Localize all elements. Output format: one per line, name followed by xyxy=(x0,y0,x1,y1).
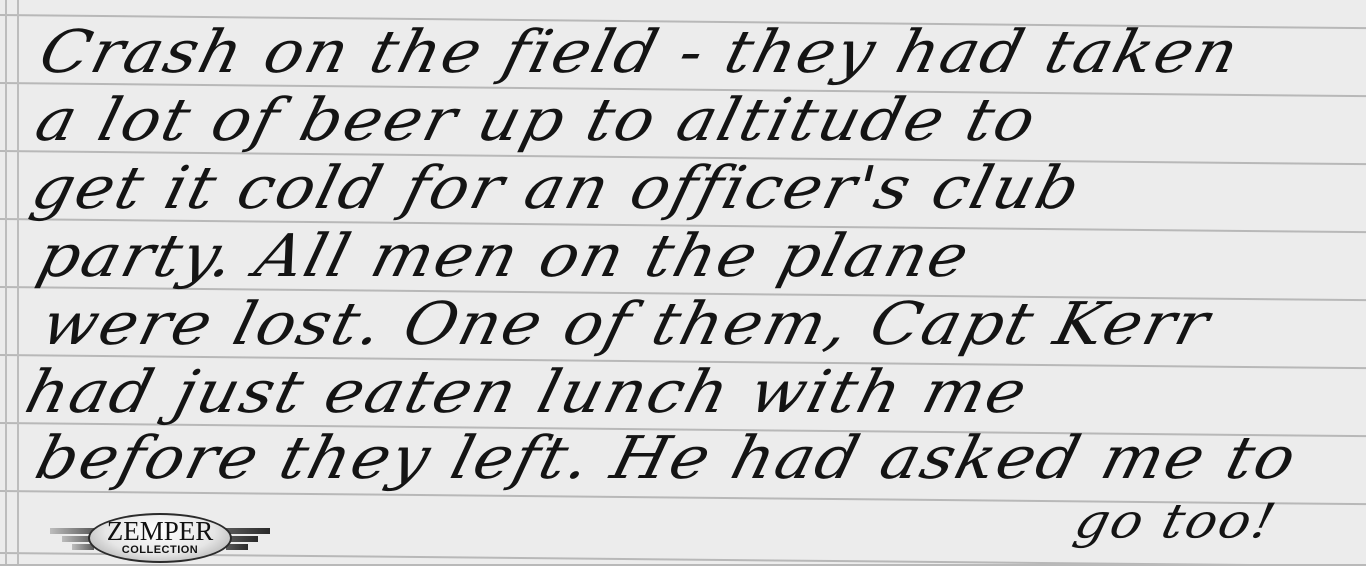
handwritten-line-6: had just eaten lunch with me xyxy=(20,363,1034,422)
logo-wing-left xyxy=(50,528,94,534)
handwritten-line-1: Crash on the field - they had taken xyxy=(34,23,1246,82)
margin-line xyxy=(5,0,7,564)
handwritten-line-7: before they left. He had asked me to xyxy=(30,429,1303,488)
logo-oval: ZEMPER COLLECTION xyxy=(88,513,232,563)
zemper-collection-logo: ZEMPER COLLECTION xyxy=(50,513,270,563)
letter-page: Crash on the field - they had taken a lo… xyxy=(0,0,1366,566)
handwritten-line-8: go too! xyxy=(1070,498,1281,546)
logo-wing-right xyxy=(226,528,270,534)
margin-line xyxy=(17,0,19,564)
handwritten-line-5: were lost. One of them, Capt Kerr xyxy=(36,295,1216,354)
handwritten-line-2: a lot of beer up to altitude to xyxy=(30,91,1043,150)
handwritten-line-4: party. All men on the plane xyxy=(32,227,976,286)
logo-title: ZEMPER xyxy=(90,518,230,544)
handwritten-line-3: get it cold for an officer's club xyxy=(26,159,1087,218)
